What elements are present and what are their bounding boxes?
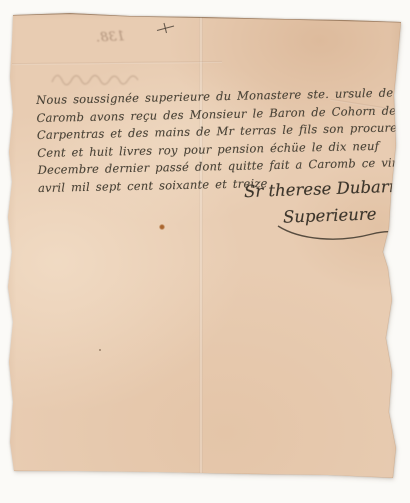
paper-edge-shading — [0, 0, 410, 503]
foxing-stain-spot — [159, 224, 165, 230]
paper-speck — [99, 349, 101, 351]
paper-speck — [219, 476, 221, 478]
pencil-cross-mark — [156, 22, 176, 34]
photo-of-manuscript: 138. Nous soussignée superieure du Monas… — [0, 0, 410, 503]
aged-paper-sheet: 138. Nous soussignée superieure du Monas… — [0, 0, 410, 503]
signature-flourish-stroke — [276, 222, 408, 248]
paper-shadow-wrap: 138. Nous soussignée superieure du Monas… — [0, 0, 410, 503]
vertical-fold-crease — [199, 15, 203, 477]
torn-edge-outline — [0, 0, 410, 503]
horizontal-crease — [12, 61, 222, 65]
bleedthrough-number: 138. — [55, 29, 126, 48]
